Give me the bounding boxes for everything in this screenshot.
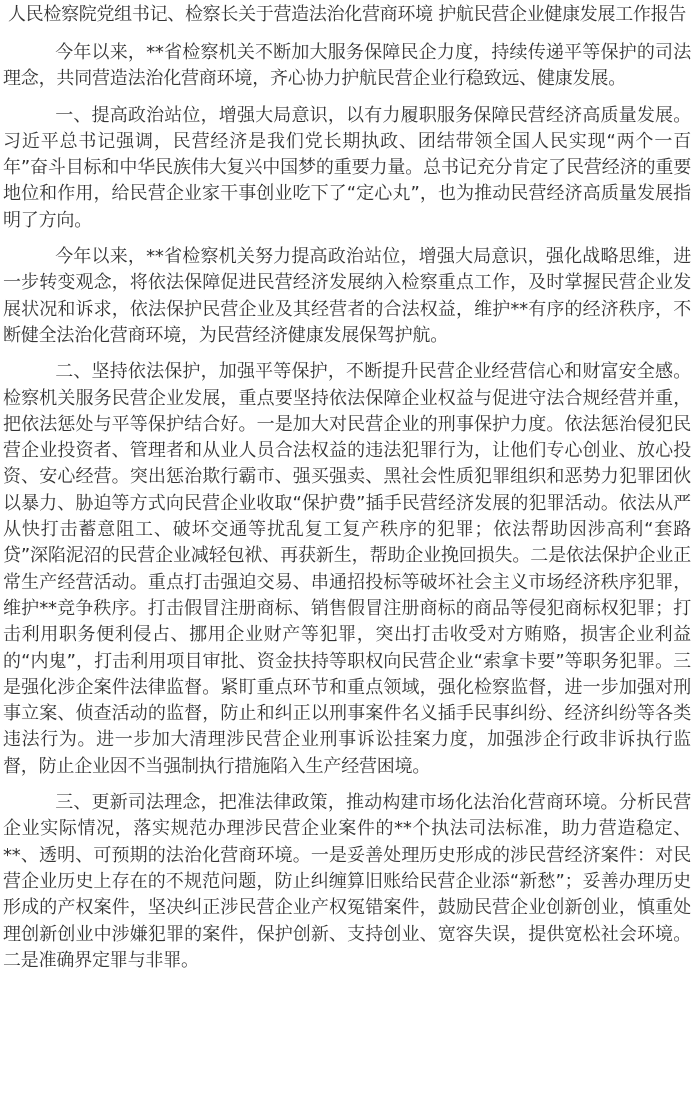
paragraph-section-2: 二、坚持依法保护，加强平等保护，不断提升民营企业经营信心和财富安全感。检察机关服… (3, 359, 691, 780)
paragraph-intro: 今年以来，**省检察机关不断加大服务保障民企力度，持续传递平等保护的司法理念，共… (3, 40, 691, 93)
paragraph-section-1-detail: 今年以来，**省检察机关努力提高政治站位，增强大局意识，强化战略思维，进一步转变… (3, 244, 691, 349)
paragraph-section-3: 三、更新司法理念，把准法律政策，推动构建市场化法治化营商环境。分析民营企业实际情… (3, 790, 691, 974)
document-title: 人民检察院党组书记、检察长关于营造法治化营商环境 护航民营企业健康发展工作报告 (3, 0, 691, 28)
paragraph-section-1: 一、提高政治站位，增强大局意识，以有力履职服务保障民营经济高质量发展。习近平总书… (3, 103, 691, 234)
document: 人民检察院党组书记、检察长关于营造法治化营商环境 护航民营企业健康发展工作报告 … (0, 0, 693, 974)
